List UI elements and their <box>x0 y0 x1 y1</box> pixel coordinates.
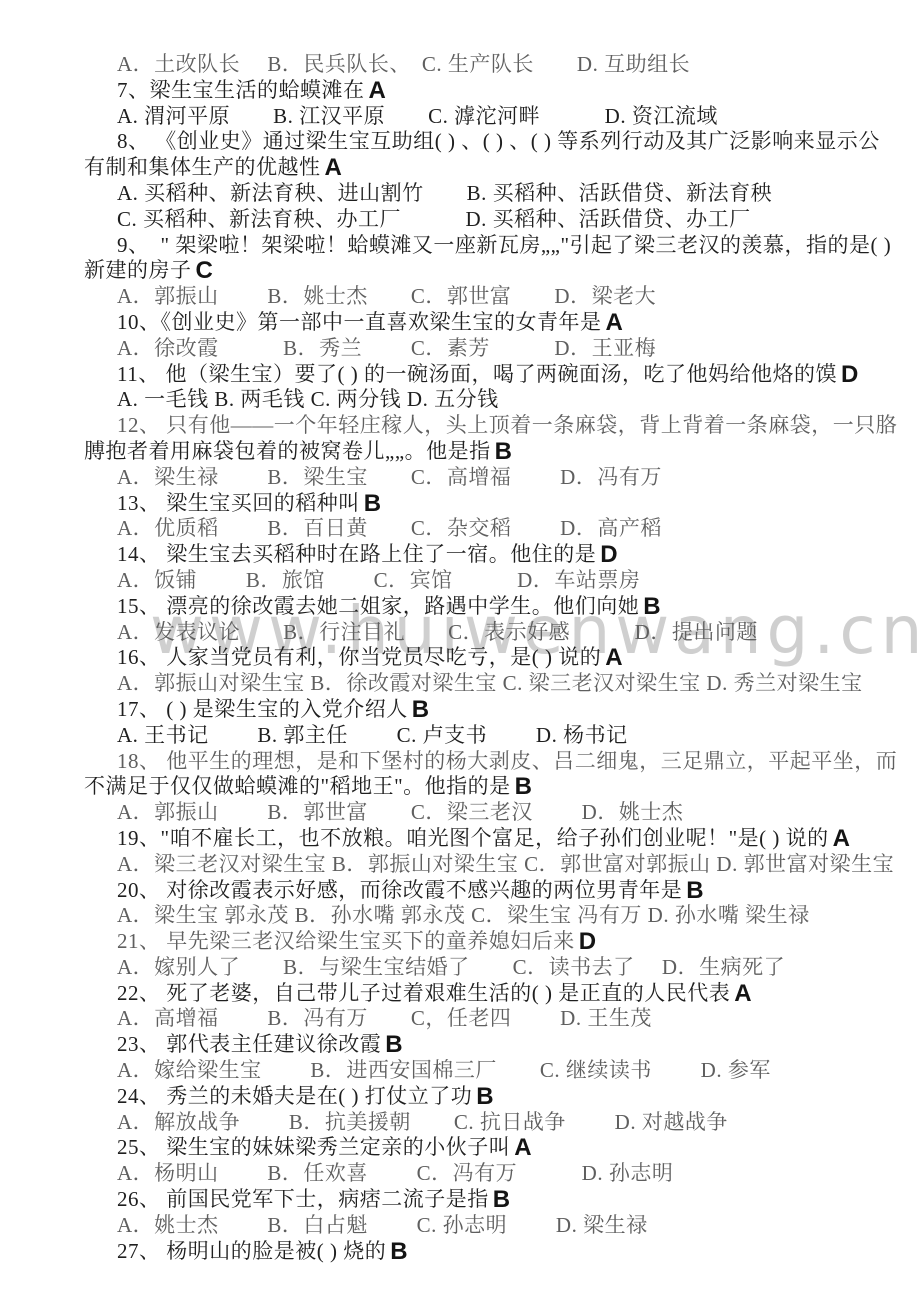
question-line: 10、《创业史》第一部中一直喜欢梁生宝的女青年是A <box>117 310 920 336</box>
question-line: 22、 死了老婆，自己带儿子过着艰难生活的( ) 是正直的人民代表A <box>117 981 920 1007</box>
options-line: A．嫁给梁生宝 B．进西安国棉三厂 C. 继续读书 D. 参军 <box>117 1058 920 1084</box>
answer-letter: B <box>639 593 661 620</box>
options-line: A．梁生禄 B．梁生宝 C．高增福 D．冯有万 <box>117 465 920 491</box>
answer-letter: A <box>829 825 851 852</box>
options-line: C. 买稻种、新法育秧、办工厂 D. 买稻种、活跃借贷、办工厂 <box>117 207 920 233</box>
options-line: A．郭振山对梁生宝 B．徐改霞对梁生宝 C. 梁三老汉对梁生宝 D. 秀兰对梁生… <box>117 671 920 697</box>
options-line: A．土改队长 B．民兵队长、 C. 生产队长 D. 互助组长 <box>117 52 920 78</box>
options-line: A．发表议论 B．行注目礼 C．表示好感 D．提出问题 <box>117 620 920 646</box>
options-line: A．杨明山 B．任欢喜 C．冯有万 D. 孙志明 <box>117 1161 920 1187</box>
question-wrap-line: 新建的房子C <box>84 258 920 284</box>
question-line: 12、 只有他——一个年轻庄稼人，头上顶着一条麻袋，背上背着一条麻袋，一只胳 <box>117 413 920 439</box>
question-wrap-line: 不满足于仅仅做蛤蟆滩的"稻地王"。他指的是B <box>84 774 920 800</box>
question-line: 13、 梁生宝买回的稻种叫B <box>117 491 920 517</box>
options-line: A．姚士杰 B．白占魁 C. 孙志明 D. 梁生禄 <box>117 1213 920 1239</box>
question-line: 14、 梁生宝去买稻种时在路上住了一宿。他住的是D <box>117 542 920 568</box>
document-page: www.huiwenwang.cn A．土改队长 B．民兵队长、 C. 生产队长… <box>0 0 920 1300</box>
options-line: A．高增福 B．冯有万 C，任老四 D. 王生茂 <box>117 1006 920 1032</box>
answer-letter: B <box>381 1031 403 1058</box>
question-line: 16、 人家当党员有利，你当党员尽吃亏，是( ) 说的A <box>117 645 920 671</box>
answer-letter: A <box>510 1134 532 1161</box>
question-line: 27、 杨明山的脸是被( ) 烧的B <box>117 1239 920 1265</box>
answer-letter: C <box>192 257 214 284</box>
question-wrap-line: 膊抱者着用麻袋包着的被窝卷儿„„。他是指B <box>84 439 920 465</box>
question-line: 17、 ( ) 是梁生宝的入党介绍人B <box>117 697 920 723</box>
question-line: 11、 他（梁生宝）要了( ) 的一碗汤面，喝了两碗面汤，吃了他妈给他烙的馍D <box>117 362 920 388</box>
answer-letter: B <box>360 490 382 517</box>
options-line: A．饭铺 B．旅馆 C．宾馆 D．车站票房 <box>117 568 920 594</box>
question-line: 7、梁生宝生活的蛤蟆滩在A <box>117 78 920 104</box>
options-line: A. 王书记 B. 郭主任 C. 卢支书 D. 杨书记 <box>117 723 920 749</box>
answer-letter: B <box>408 696 430 723</box>
answer-letter: A <box>365 77 387 104</box>
answer-letter: B <box>489 1186 511 1213</box>
question-line: 19、"咱不雇长工，也不放粮。咱光图个富足，给子孙们创业呢！"是( ) 说的A <box>117 826 920 852</box>
options-line: A．梁三老汉对梁生宝 B．郭振山对梁生宝 C．郭世富对郭振山 D. 郭世富对梁生… <box>117 852 920 878</box>
question-line: 25、 梁生宝的妹妹梁秀兰定亲的小伙子叫A <box>117 1135 920 1161</box>
answer-letter: B <box>472 1083 494 1110</box>
options-line: A．徐改霞 B．秀兰 C．素芳 D．王亚梅 <box>117 336 920 362</box>
options-line: A．嫁别人了 B．与梁生宝结婚了 C．读书去了 D．生病死了 <box>117 955 920 981</box>
options-line: A．郭振山 B．姚士杰 C．郭世富 D．梁老大 <box>117 284 920 310</box>
question-line: 18、 他平生的理想，是和下堡村的杨大剥皮、吕二细鬼，三足鼎立，平起平坐，而 <box>117 749 920 775</box>
question-line: 15、 漂亮的徐改霞去她二姐家，路遇中学生。他们向她B <box>117 594 920 620</box>
answer-letter: B <box>386 1238 408 1265</box>
question-line: 26、 前国民党军下士，病痞二流子是指B <box>117 1187 920 1213</box>
question-line: 24、 秀兰的未婚夫是在( ) 打仗立了功B <box>117 1084 920 1110</box>
answer-letter: A <box>730 980 752 1007</box>
question-line: 21、 早先梁三老汉给梁生宝买下的童养媳妇后来D <box>117 929 920 955</box>
answer-letter: B <box>491 438 513 465</box>
answer-letter: A <box>602 309 624 336</box>
question-line: 23、 郭代表主任建议徐改霞B <box>117 1032 920 1058</box>
question-wrap-line: 有制和集体生产的优越性A <box>84 155 920 181</box>
answer-letter: B <box>682 877 704 904</box>
options-line: A. 渭河平原 B. 江汉平原 C. 滹沱河畔 D. 资江流域 <box>117 104 920 130</box>
answer-letter: D <box>596 541 618 568</box>
answer-letter: A <box>601 644 623 671</box>
options-line: A. 买稻种、新法育秧、进山割竹 B. 买稻种、活跃借贷、新法育秧 <box>117 181 920 207</box>
options-line: A．解放战争 B．抗美援朝 C. 抗日战争 D. 对越战争 <box>117 1110 920 1136</box>
options-line: A. 一毛钱 B. 两毛钱 C. 两分钱 D. 五分钱 <box>117 387 920 413</box>
options-line: A．梁生宝 郭永茂 B．孙水嘴 郭永茂 C．梁生宝 冯有万 D. 孙水嘴 梁生禄 <box>117 903 920 929</box>
quiz-text-body: A．土改队长 B．民兵队长、 C. 生产队长 D. 互助组长7、梁生宝生活的蛤蟆… <box>0 52 920 1264</box>
options-line: A．优质稻 B．百日黄 C．杂交稻 D．高产稻 <box>117 516 920 542</box>
question-line: 20、 对徐改霞表示好感，而徐改霞不感兴趣的两位男青年是B <box>117 878 920 904</box>
question-line: 8、 《创业史》通过梁生宝互助组( ) 、( ) 、( ) 等系列行动及其广泛影… <box>117 129 920 155</box>
answer-letter: B <box>511 773 533 800</box>
answer-letter: D <box>837 361 859 388</box>
answer-letter: A <box>321 154 343 181</box>
question-line: 9、 " 架梁啦！架梁啦！蛤蟆滩又一座新瓦房„„"引起了梁三老汉的羡慕，指的是(… <box>117 233 920 259</box>
answer-letter: D <box>575 928 597 955</box>
options-line: A．郭振山 B．郭世富 C．梁三老汉 D．姚士杰 <box>117 800 920 826</box>
